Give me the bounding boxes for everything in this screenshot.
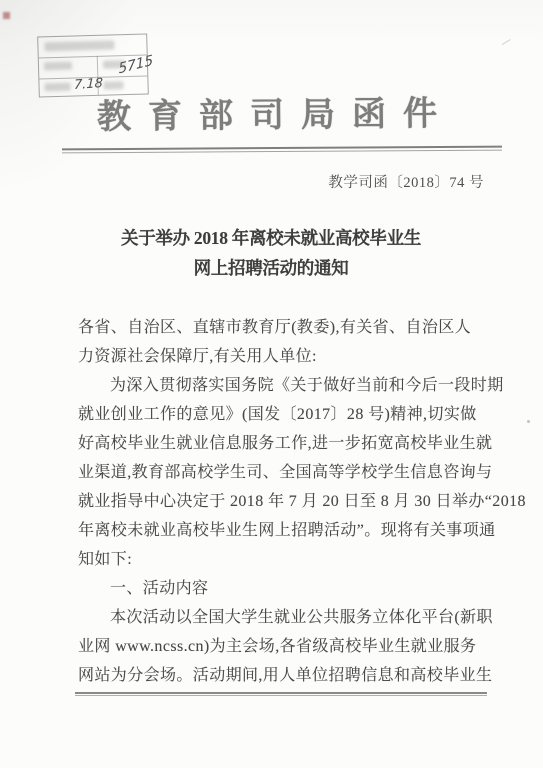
body-line: 网站为分会场。活动期间,用人单位招聘信息和高校毕业生	[78, 661, 484, 690]
stamp-faint-print	[44, 83, 70, 92]
rule-thin-line	[62, 150, 502, 154]
stamp-faint-print	[44, 40, 114, 51]
body-line: 为深入贯彻落实国务院《关于做好当前和今后一段时期	[78, 371, 484, 400]
notice-title: 关于举办 2018 年离校未就业高校毕业生 网上招聘活动的通知	[70, 223, 472, 283]
body-line: 年离校未就业高校毕业生网上招聘活动”。现将有关事项通	[78, 516, 484, 545]
notice-title-line1: 关于举办 2018 年离校未就业高校毕业生	[70, 223, 472, 253]
rule-thin-line	[75, 695, 487, 696]
body-line: 就业指导中心决定于 2018 年 7 月 20 日至 8 月 30 日举办“20…	[78, 487, 484, 516]
rule-thick-line	[75, 692, 487, 694]
body-line: 业网 www.ncss.cn)为主会场,各省级高校毕业生就业服务	[78, 632, 484, 661]
body-line: 力资源社会保障厅,有关用人单位:	[78, 342, 484, 371]
body-line: 知如下:	[78, 545, 484, 574]
body-line-section-heading: 一、活动内容	[78, 574, 484, 603]
scan-artifact-mark: ⁄	[502, 36, 510, 48]
letterhead-rule	[62, 146, 502, 154]
body-line: 各省、自治区、直辖市教育厅(教委),有关省、自治区人	[78, 313, 484, 342]
scanned-document-page: 5715 7.18 教育部司局函件 教学司函〔2018〕74 号 关于举办 20…	[0, 0, 543, 768]
body-line: 好高校毕业生就业信息服务工作,进一步拓宽高校毕业生就	[78, 429, 484, 458]
scan-artifact-mark	[3, 12, 10, 19]
body-line: 就业创业工作的意见》(国发〔2017〕28 号)精神,切实做	[78, 400, 484, 429]
notice-title-line2: 网上招聘活动的通知	[70, 253, 472, 283]
scan-artifact-mark	[527, 420, 530, 423]
body-line: 本次活动以全国大学生就业公共服务立体化平台(新职	[78, 603, 484, 632]
letterhead-title: 教育部司局函件	[97, 85, 527, 139]
stamp-faint-print	[44, 62, 72, 71]
document-number: 教学司函〔2018〕74 号	[260, 171, 484, 192]
footer-rule	[75, 692, 487, 696]
body-line: 业渠道,教育部高校学生司、全国高等学校学生信息咨询与	[78, 458, 484, 487]
notice-body: 各省、自治区、直辖市教育厅(教委),有关省、自治区人 力资源社会保障厅,有关用人…	[78, 313, 484, 690]
